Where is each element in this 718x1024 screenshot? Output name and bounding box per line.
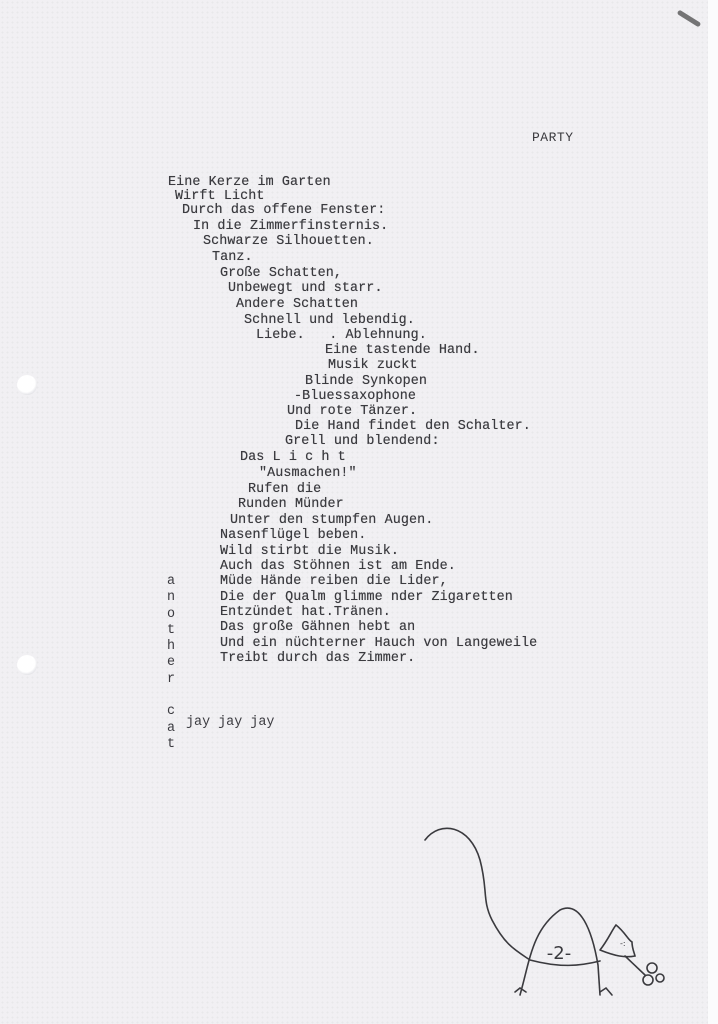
vertical-letter: a — [164, 721, 178, 737]
poem-line: Liebe. . Ablehnung. — [256, 328, 427, 343]
poem-line: Treibt durch das Zimmer. — [220, 651, 415, 666]
poem-line: Runden Münder — [238, 497, 344, 512]
poem-title: PARTY — [532, 130, 574, 145]
poem-line: "Ausmachen!" — [259, 466, 357, 481]
poem-line: Müde Hände reiben die Lider, — [220, 574, 448, 589]
vertical-text-another-cat: another cat — [164, 574, 178, 753]
poem-line: Die Hand findet den Schalter. — [295, 419, 531, 434]
poem-line: Die der Qualm glimme nder Zigaretten — [220, 590, 513, 605]
poem-line: Wirft Licht — [175, 189, 265, 204]
vertical-letter: o — [164, 607, 178, 623]
vertical-letter: n — [164, 590, 178, 606]
cat-drawing: -2- -: — [420, 820, 680, 1020]
poem-line: Blinde Synkopen — [305, 374, 427, 389]
page-edge — [708, 0, 718, 1024]
vertical-letter: r — [164, 672, 178, 688]
poem-line: Und ein nüchterner Hauch von Langeweile — [220, 636, 537, 651]
poem-line: Tanz. — [212, 250, 253, 265]
poem-line: Schnell und lebendig. — [244, 313, 415, 328]
vertical-letter: a — [164, 574, 178, 590]
poem-line: -Bluessaxophone — [294, 389, 416, 404]
poem-line: Musik zuckt — [328, 358, 418, 373]
page-number: -2- — [547, 943, 571, 964]
vertical-letter: e — [164, 655, 178, 671]
poem-line: Schwarze Silhouetten. — [203, 234, 374, 249]
poem-line: Das L i c h t — [240, 450, 346, 465]
poem-line: Wild stirbt die Musik. — [220, 544, 399, 559]
punch-hole-bottom — [17, 655, 37, 675]
vertical-letter: t — [164, 737, 178, 753]
signature: jay jay jay — [186, 715, 274, 730]
vertical-letter: c — [164, 704, 178, 720]
svg-text:-:: -: — [620, 939, 626, 948]
vertical-letter: h — [164, 639, 178, 655]
vertical-letter — [164, 688, 178, 704]
poem-line: Entzündet hat.Tränen. — [220, 605, 391, 620]
poem-line: Rufen die — [248, 482, 321, 497]
poem-line: Grell und blendend: — [285, 434, 440, 449]
vertical-letter: t — [164, 623, 178, 639]
poem-line: Unbewegt und starr. — [228, 281, 383, 296]
punch-hole-top — [17, 375, 37, 395]
poem-line: Unter den stumpfen Augen. — [230, 513, 433, 528]
poem-line: Nasenflügel beben. — [220, 528, 366, 543]
poem-line: Und rote Tänzer. — [287, 404, 417, 419]
poem-line: Eine tastende Hand. — [325, 343, 480, 358]
poem-line: Andere Schatten — [236, 297, 358, 312]
poem-line: In die Zimmerfinsternis. — [193, 219, 388, 234]
poem-line: Durch das offene Fenster: — [182, 203, 385, 218]
poem-line: Große Schatten, — [220, 266, 342, 281]
poem-line: Eine Kerze im Garten — [168, 175, 331, 190]
poem-line: Das große Gähnen hebt an — [220, 620, 415, 635]
poem-line: Auch das Stöhnen ist am Ende. — [220, 559, 456, 574]
